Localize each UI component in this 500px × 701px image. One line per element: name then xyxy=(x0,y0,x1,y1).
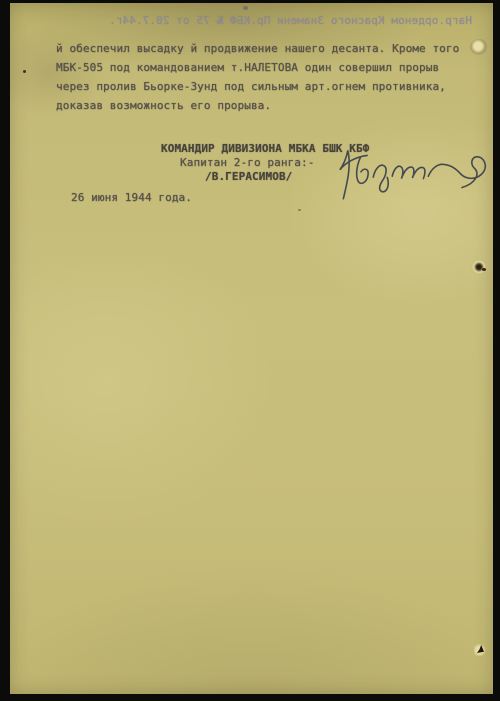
scanned-document-screenshot: { "meta": { "kind": "scanned typewritten… xyxy=(0,0,500,701)
body-line: доказав возможность его прорыва. xyxy=(56,99,271,112)
signature-block-name: /В.ГЕРАСИМОВ/ xyxy=(205,170,292,183)
ink-smudge xyxy=(470,39,488,55)
mirrored-ink-offset-line: Нагр.орденом Красного Знамени Пр.КБФ № 7… xyxy=(80,14,472,27)
paper-hole xyxy=(471,259,487,275)
paper-tear-mark xyxy=(474,643,486,656)
paper-speck xyxy=(243,6,248,10)
document-page: Нагр.орденом Красного Знамени Пр.КБФ № 7… xyxy=(10,3,493,694)
body-line: МБК-505 под командованием т.НАЛЕТОВА оди… xyxy=(56,61,439,74)
signature-block-rank: Капитан 2-го ранга:- xyxy=(180,156,314,169)
body-line: й обеспечил высадку й продвижение нашего… xyxy=(56,42,459,55)
paper-speck xyxy=(23,70,26,73)
paper-speck xyxy=(298,209,301,211)
date-line: 26 июня 1944 года. xyxy=(71,191,192,204)
handwritten-signature xyxy=(329,137,500,206)
body-line: через пролив Бьорке-Зунд под сильным арт… xyxy=(56,80,446,93)
